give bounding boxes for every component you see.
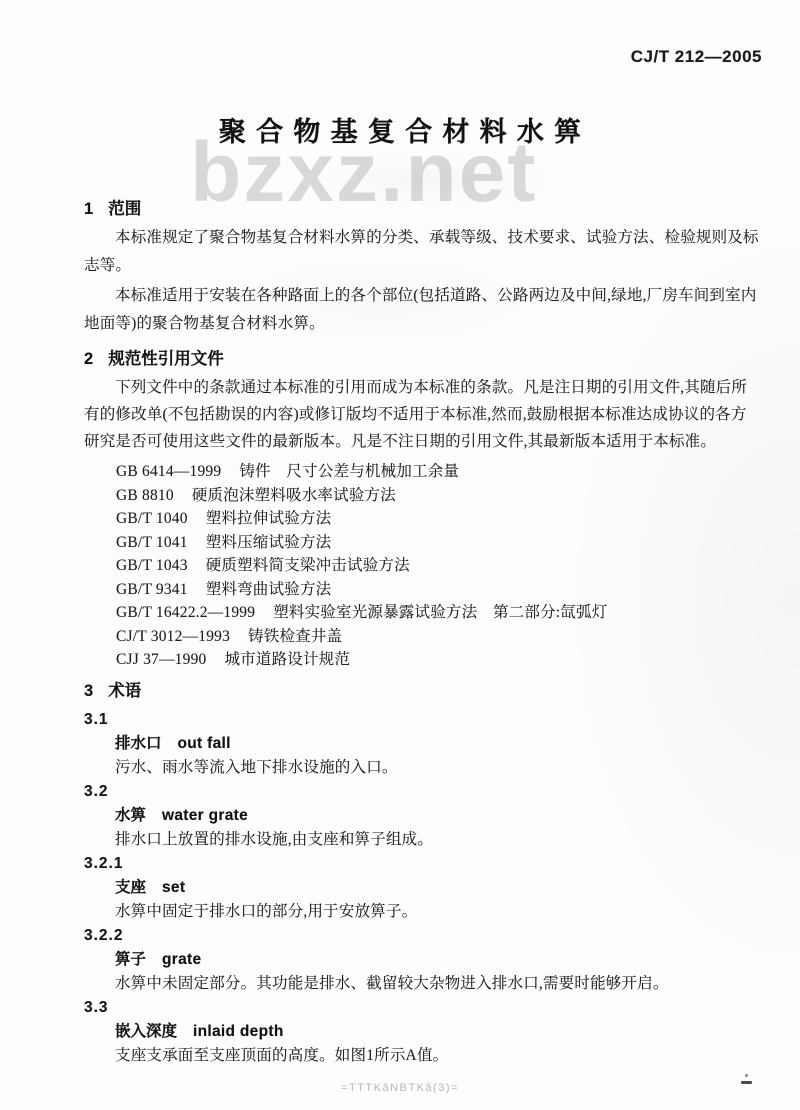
term-number: 3.1	[84, 708, 760, 732]
reference-code: GB/T 16422.2—1999	[116, 604, 255, 621]
term-definition: 水箅中固定于排水口的部分,用于安放箅子。	[84, 900, 760, 924]
reference-code: CJ/T 3012—1993	[116, 628, 230, 645]
term-block: 3.1 排水口out fall 污水、雨水等流入地下排水设施的入口。	[84, 708, 760, 780]
term-en: set	[162, 879, 185, 896]
footer-watermark: =TTTKǎNBTKǎ(3)=	[0, 1082, 800, 1094]
section-2-title: 规范性引用文件	[108, 350, 224, 368]
reference-item: GB/T 9341塑料弯曲试验方法	[116, 578, 760, 602]
page-mark-dash	[741, 1081, 752, 1084]
reference-code: GB 8810	[116, 487, 174, 504]
term-en: grate	[162, 951, 201, 968]
reference-code: GB/T 9341	[116, 581, 188, 598]
reference-item: GB 8810硬质泡沫塑料吸水率试验方法	[116, 484, 760, 508]
term-name-line: 嵌入深度inlaid depth	[84, 1020, 760, 1044]
term-zh: 支座	[115, 879, 146, 896]
reference-title: 硬质塑料简支梁冲击试验方法	[206, 557, 410, 574]
references-intro: 下列文件中的条款通过本标准的引用而成为本标准的条款。凡是注日期的引用文件,其随后…	[84, 374, 760, 455]
reference-title: 塑料拉伸试验方法	[206, 510, 332, 527]
reference-item: GB/T 1043硬质塑料简支梁冲击试验方法	[116, 554, 760, 578]
reference-title: 铸铁检查井盖	[248, 628, 342, 645]
reference-title: 硬质泡沫塑料吸水率试验方法	[192, 487, 396, 504]
reference-code: GB 6414—1999	[116, 463, 221, 480]
reference-title: 塑料实验室光源暴露试验方法 第二部分:氙弧灯	[273, 604, 607, 621]
term-zh: 水箅	[115, 807, 146, 824]
term-number: 3.2	[84, 780, 760, 804]
term-number: 3.2.2	[84, 924, 760, 948]
reference-item: GB/T 1040塑料拉伸试验方法	[116, 507, 760, 531]
term-name-line: 支座set	[84, 876, 760, 900]
document-title: 聚合物基复合材料水箅	[0, 110, 800, 149]
document-page: bzxz.net CJ/T 212—2005 聚合物基复合材料水箅 1范围 本标…	[0, 0, 800, 1110]
term-number: 3.2.1	[84, 852, 760, 876]
section-1-number: 1	[84, 200, 93, 218]
section-1-title: 范围	[108, 200, 141, 218]
term-definition: 污水、雨水等流入地下排水设施的入口。	[84, 756, 760, 780]
scope-paragraph-1: 本标准规定了聚合物基复合材料水箅的分类、承载等级、技术要求、试验方法、检验规则及…	[84, 224, 760, 280]
term-block: 3.2 水箅water grate 排水口上放置的排水设施,由支座和箅子组成。	[84, 780, 760, 852]
document-body: 1范围 本标准规定了聚合物基复合材料水箅的分类、承载等级、技术要求、试验方法、检…	[84, 196, 760, 1068]
reference-item: GB/T 1041塑料压缩试验方法	[116, 531, 760, 555]
reference-item: CJJ 37—1990城市道路设计规范	[116, 648, 760, 672]
reference-item: CJ/T 3012—1993铸铁检查井盖	[116, 625, 760, 649]
terms-list: 3.1 排水口out fall 污水、雨水等流入地下排水设施的入口。 3.2 水…	[84, 708, 760, 1068]
reference-item: GB/T 16422.2—1999塑料实验室光源暴露试验方法 第二部分:氙弧灯	[116, 601, 760, 625]
standard-number: CJ/T 212—2005	[631, 47, 762, 67]
reference-code: CJJ 37—1990	[116, 651, 206, 668]
term-definition: 支座支承面至支座顶面的高度。如图1所示A值。	[84, 1044, 760, 1068]
reference-title: 铸件 尺寸公差与机械加工余量	[239, 463, 459, 480]
reference-title: 塑料压缩试验方法	[206, 534, 332, 551]
term-en: water grate	[162, 807, 248, 824]
term-number: 3.3	[84, 996, 760, 1020]
reference-title: 塑料弯曲试验方法	[206, 581, 332, 598]
term-definition: 排水口上放置的排水设施,由支座和箅子组成。	[84, 828, 760, 852]
term-block: 3.2.1 支座set 水箅中固定于排水口的部分,用于安放箅子。	[84, 852, 760, 924]
term-block: 3.3 嵌入深度inlaid depth 支座支承面至支座顶面的高度。如图1所示…	[84, 996, 760, 1068]
term-zh: 排水口	[115, 735, 162, 752]
section-2-heading: 2规范性引用文件	[84, 346, 760, 372]
scope-paragraph-2: 本标准适用于安装在各种路面上的各个部位(包括道路、公路两边及中间,绿地,厂房车间…	[84, 282, 760, 338]
section-1-heading: 1范围	[84, 196, 760, 222]
term-name-line: 排水口out fall	[84, 732, 760, 756]
section-3-heading: 3术语	[84, 678, 760, 704]
term-name-line: 箅子grate	[84, 948, 760, 972]
references-list: GB 6414—1999铸件 尺寸公差与机械加工余量 GB 8810硬质泡沫塑料…	[84, 460, 760, 672]
term-definition: 水箅中未固定部分。其功能是排水、截留较大杂物进入排水口,需要时能够开启。	[84, 972, 760, 996]
page-number-mark	[740, 1074, 752, 1084]
section-2-number: 2	[84, 350, 93, 368]
term-zh: 嵌入深度	[115, 1023, 177, 1040]
reference-title: 城市道路设计规范	[224, 651, 350, 668]
reference-code: GB/T 1043	[116, 557, 188, 574]
term-en: out fall	[178, 735, 231, 752]
term-block: 3.2.2 箅子grate 水箅中未固定部分。其功能是排水、截留较大杂物进入排水…	[84, 924, 760, 996]
term-name-line: 水箅water grate	[84, 804, 760, 828]
section-3-number: 3	[84, 682, 93, 700]
term-zh: 箅子	[115, 951, 146, 968]
reference-item: GB 6414—1999铸件 尺寸公差与机械加工余量	[116, 460, 760, 484]
term-en: inlaid depth	[193, 1023, 284, 1040]
reference-code: GB/T 1041	[116, 534, 188, 551]
reference-code: GB/T 1040	[116, 510, 188, 527]
page-mark-dot	[745, 1074, 748, 1077]
section-3-title: 术语	[108, 682, 141, 700]
